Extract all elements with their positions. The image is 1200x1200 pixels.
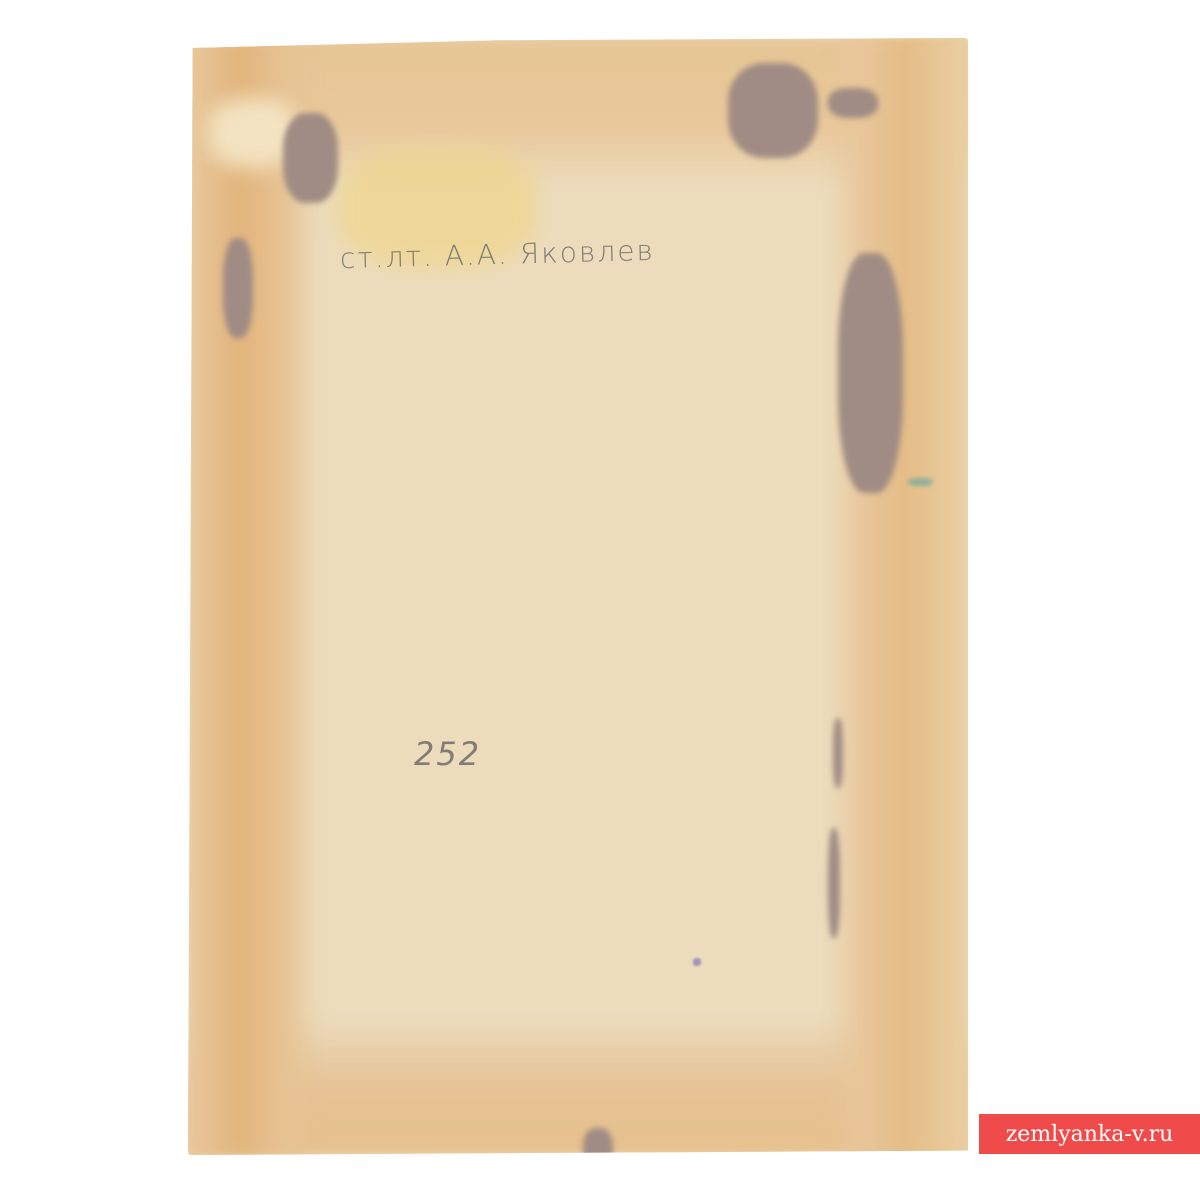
glue-residue: [283, 113, 338, 203]
stain-right: [828, 38, 968, 1155]
ink-spot: [908, 478, 933, 486]
glue-residue: [838, 253, 903, 493]
glue-residue: [583, 1128, 613, 1155]
glue-residue: [728, 63, 818, 158]
aged-photo-back: [188, 38, 968, 1155]
glue-residue: [828, 828, 840, 938]
glue-residue: [828, 88, 878, 118]
handwritten-number: 252: [414, 735, 481, 773]
ink-spot: [693, 958, 701, 966]
site-watermark: zemlyanka-v.ru: [979, 1114, 1200, 1154]
glue-residue: [833, 718, 843, 788]
stain-left: [188, 38, 318, 1155]
glue-residue: [223, 238, 253, 338]
